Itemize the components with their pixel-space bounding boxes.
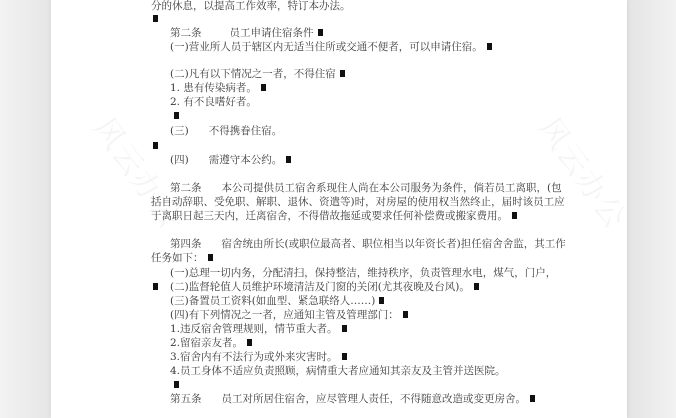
list-item: 4.员工身体不适应负责照顾，病情重大者应通知其亲友及主管并送医院。 — [170, 365, 506, 378]
list-item: 1. 患有传染病者。 — [170, 82, 266, 95]
paragraph-line: (一)营业所人员于辖区内无适当住所或交通不便者，可以申请住宿。 — [170, 41, 492, 54]
paragraph-line: (四)需遵守本公约。 — [170, 154, 291, 167]
list-item: 2.留宿亲友者。 — [170, 337, 252, 350]
list-item: (一)总理一切内务，分配清扫，保持整洁，维持秩序，负责管理水电，煤气，门户， — [170, 267, 556, 280]
paragraph-line: 分的休息，以提高工作效率，特订本办法。 — [151, 0, 351, 13]
line-text: 于离职日起三天内，迁离宿舍，不得借故拖延或要求任何补偿费或搬家费用。 — [151, 210, 508, 222]
paragraph-mark-line — [153, 13, 158, 26]
line-text: (四)有下列情况之一者，应通知主管及管理部门： — [170, 309, 399, 321]
line-text: (三)备置员工资料(如血型、紧急联络人……) — [170, 295, 375, 307]
line-text: 需遵守本公约。 — [209, 154, 283, 166]
paragraph-mark-icon — [474, 283, 479, 290]
article-heading: 第二条员工申请住宿条件 — [170, 27, 323, 40]
paragraph-mark-icon — [340, 70, 345, 77]
document-page: 风云办公 风云办公 分的休息，以提高工作效率，特订本办法。 第二条员工申请住宿条… — [51, 0, 627, 418]
line-text: (一)总理一切内务，分配清扫，保持整洁，维持秩序，负责管理水电，煤气，门户， — [170, 267, 556, 279]
article-label: 第四条 — [170, 238, 202, 250]
list-item: 1.违反宿舍管理规则，情节重大者。 — [170, 323, 347, 336]
list-item: (二)监督轮值人员维护环境清洁及门窗的关闭(尤其夜晚及台风)。 — [153, 281, 479, 294]
paragraph-mark-icon — [318, 29, 323, 36]
article-label: 第二条 — [170, 182, 202, 194]
paragraph-mark-icon — [512, 212, 517, 219]
line-text: 1.违反宿舍管理规则，情节重大者。 — [170, 323, 338, 335]
list-item: 3.宿舍内有不法行为或外来灾害时。 — [170, 351, 347, 364]
watermark-right: 风云办公 — [530, 107, 627, 237]
line-text: (二)凡有以下情况之一者，不得住宿 — [170, 68, 336, 80]
paragraph-mark-icon — [153, 15, 158, 22]
paragraph-mark-icon — [174, 381, 179, 388]
line-text: 本公司提供员工宿舍系现住人尚在本公司服务为条件，倘若员工离职，(包 — [222, 182, 562, 194]
paragraph-mark-icon — [286, 156, 291, 163]
paragraph-mark-icon — [247, 339, 252, 346]
paragraph-mark-icon — [153, 283, 158, 290]
viewer-scroll-area-right[interactable] — [627, 0, 676, 418]
line-text: 不得携眷住宿。 — [209, 125, 283, 137]
item-label: (三) — [170, 125, 189, 137]
paragraph-mark-icon — [174, 112, 179, 119]
line-text: (二)监督轮值人员维护环境清洁及门窗的关闭(尤其夜晚及台风)。 — [170, 281, 470, 293]
line-text: 宿舍统由所长(或职位最高者、职位相当以年资长者)担任宿舍舍监，其工作 — [222, 238, 566, 250]
line-text: 4.员工身体不适应负责照顾，病情重大者应通知其亲友及主管并送医院。 — [170, 365, 506, 377]
list-item: 2. 有不良嗜好者。 — [170, 96, 257, 109]
line-text: 员工对所居住宿舍，应尽管理人责任，不得随意改造或变更房舍。 — [222, 393, 527, 405]
paragraph-mark-line — [174, 110, 179, 123]
list-item: (三)备置员工资料(如血型、紧急联络人……) — [170, 295, 384, 308]
paragraph-line: 括自动辞职、受免职、解职、退休、资遣等)时，对房屋的使用权当然终止，届时该员工应 — [151, 196, 565, 209]
paragraph-line: 于离职日起三天内，迁离宿舍，不得借故拖延或要求任何补偿费或搬家费用。 — [151, 210, 517, 223]
paragraph-mark-icon — [342, 325, 347, 332]
article-heading: 第四条宿舍统由所长(或职位最高者、职位相当以年资长者)担任宿舍舍监，其工作 — [170, 238, 566, 251]
line-text: 3.宿舍内有不法行为或外来灾害时。 — [170, 351, 338, 363]
paragraph-mark-line — [174, 379, 179, 392]
paragraph-mark-icon — [208, 254, 213, 261]
paragraph-line: 任务如下： — [151, 252, 213, 265]
paragraph-mark-icon — [153, 142, 158, 149]
list-item: (四)有下列情况之一者，应通知主管及管理部门： — [170, 309, 408, 322]
line-text: 2. 有不良嗜好者。 — [170, 96, 257, 108]
paragraph-mark-icon — [487, 43, 492, 50]
article-heading: 第五条员工对所居住宿舍，应尽管理人责任，不得随意改造或变更房舍。 — [170, 393, 535, 406]
line-text: 1. 患有传染病者。 — [170, 82, 257, 94]
paragraph-mark-icon — [530, 395, 535, 402]
line-text: 括自动辞职、受免职、解职、退休、资遣等)时，对房屋的使用权当然终止，届时该员工应 — [151, 196, 565, 208]
article-heading: 第二条本公司提供员工宿舍系现住人尚在本公司服务为条件，倘若员工离职，(包 — [170, 182, 562, 195]
item-label: (四) — [170, 154, 189, 166]
paragraph-line: (三)不得携眷住宿。 — [170, 125, 282, 138]
viewer-background-left — [0, 0, 50, 418]
line-text: (一)营业所人员于辖区内无适当住所或交通不便者，可以申请住宿。 — [170, 41, 483, 53]
line-text: 2.留宿亲友者。 — [170, 337, 243, 349]
line-text: 分的休息，以提高工作效率，特订本办法。 — [151, 0, 351, 12]
article-title: 员工申请住宿条件 — [230, 27, 314, 39]
article-label: 第五条 — [170, 393, 202, 405]
paragraph-mark-icon — [403, 311, 408, 318]
line-text: 任务如下： — [151, 252, 204, 264]
paragraph-mark-icon — [342, 353, 347, 360]
paragraph-mark-icon — [379, 297, 384, 304]
article-label: 第二条 — [170, 27, 202, 39]
paragraph-mark-icon — [261, 84, 266, 91]
paragraph-mark-line — [153, 140, 158, 153]
paragraph-line: (二)凡有以下情况之一者，不得住宿 — [170, 68, 345, 81]
